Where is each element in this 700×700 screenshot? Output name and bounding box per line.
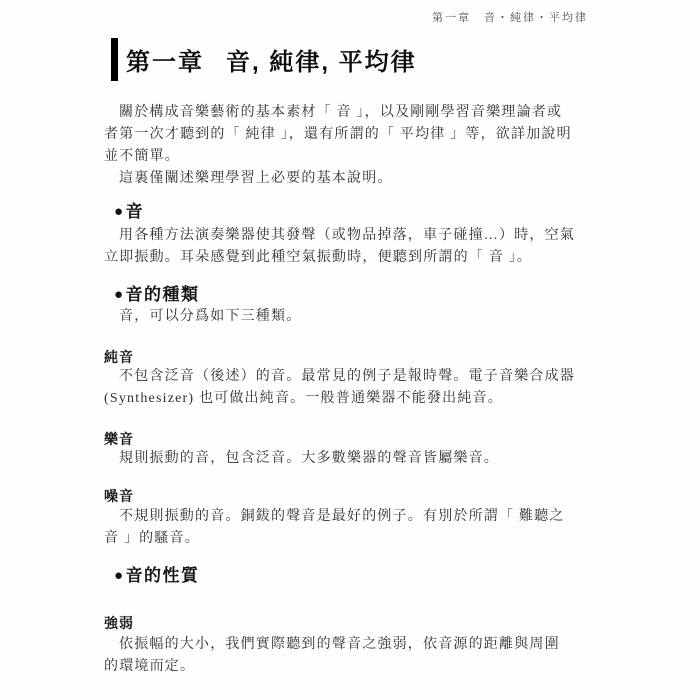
paragraph-line: 這裏僅闡述樂理學習上必要的基本說明。: [104, 168, 572, 190]
section-heading-sound: ● 音: [114, 201, 144, 223]
section-heading-label: 音: [126, 201, 145, 223]
subheading-noise: 噪音: [104, 487, 134, 505]
section-heading-sound-properties: ● 音的性質: [114, 565, 200, 587]
paragraph-line: 用各種方法演奏樂器使其發聲（或物品掉落，車子碰撞…）時，空氣: [104, 225, 575, 247]
subheading-dynamics: 強弱: [104, 614, 134, 632]
bullet-icon: ●: [114, 284, 125, 306]
section-sound-body: 用各種方法演奏樂器使其發聲（或物品掉落，車子碰撞…）時，空氣 立即振動。耳朵感覺…: [104, 225, 575, 269]
paragraph-line: 並不簡單。: [104, 146, 572, 168]
intro-paragraphs: 關於構成音樂藝術的基本素材「 音 」，以及剛剛學習音樂理論者或 者第一次才聽到的…: [104, 102, 572, 190]
bullet-icon: ●: [114, 565, 125, 587]
noise-body: 不規則振動的音。銅鈸的聲音是最好的例子。有別於所謂「 難聽之 音 」的騷音。: [104, 506, 565, 550]
paragraph-line: 不規則振動的音。銅鈸的聲音是最好的例子。有別於所謂「 難聽之: [104, 506, 565, 528]
paragraph-line: 依振幅的大小，我們實際聽到的聲音之強弱，依音源的距離與周圍: [104, 634, 560, 656]
pure-tone-body: 不包含泛音（後述）的音。最常見的例子是報時聲。電子音樂合成器 (Synthesi…: [104, 366, 575, 410]
section-heading-label: 音的性質: [126, 565, 200, 587]
chapter-title: 音, 純律, 平均律: [226, 42, 417, 77]
paragraph-line: 不包含泛音（後述）的音。最常見的例子是報時聲。電子音樂合成器: [104, 366, 575, 388]
paragraph-line: 音 」的騷音。: [104, 528, 565, 550]
section-heading-sound-types: ● 音的種類: [114, 284, 200, 306]
book-page: 第一章 音・純律・平均律 第一章 音, 純律, 平均律 關於構成音樂藝術的基本素…: [0, 0, 700, 700]
paragraph-line: 的環境而定。: [104, 656, 560, 678]
paragraph-line: 者第一次才聽到的「 純律 」，還有所謂的「 平均律 」等，欲詳加說明: [104, 124, 572, 146]
paragraph-line: 立即振動。耳朵感覺到此種空氣振動時，便聽到所謂的「 音 」。: [104, 247, 575, 269]
dynamics-body: 依振幅的大小，我們實際聽到的聲音之強弱，依音源的距離與周圍 的環境而定。: [104, 634, 560, 678]
paragraph-line: 關於構成音樂藝術的基本素材「 音 」，以及剛剛學習音樂理論者或: [104, 102, 572, 124]
musical-tone-body: 規則振動的音，包含泛音。大多數樂器的聲音皆屬樂音。: [104, 448, 499, 470]
subheading-musical-tone: 樂音: [104, 430, 134, 448]
section-types-body: 音，可以分爲如下三種類。: [104, 306, 301, 328]
paragraph-line: (Synthesizer) 也可做出純音。一般普通樂器不能發出純音。: [104, 388, 575, 410]
chapter-title-bar: [111, 38, 118, 81]
running-header: 第一章 音・純律・平均律: [432, 9, 588, 25]
chapter-label: 第一章: [126, 42, 204, 77]
bullet-icon: ●: [114, 201, 125, 223]
section-heading-label: 音的種類: [126, 284, 200, 306]
paragraph-line: 音，可以分爲如下三種類。: [104, 306, 301, 328]
chapter-title-row: 第一章 音, 純律, 平均律: [111, 38, 417, 81]
paragraph-line: 規則振動的音，包含泛音。大多數樂器的聲音皆屬樂音。: [104, 448, 499, 470]
subheading-pure-tone: 純音: [104, 348, 134, 366]
